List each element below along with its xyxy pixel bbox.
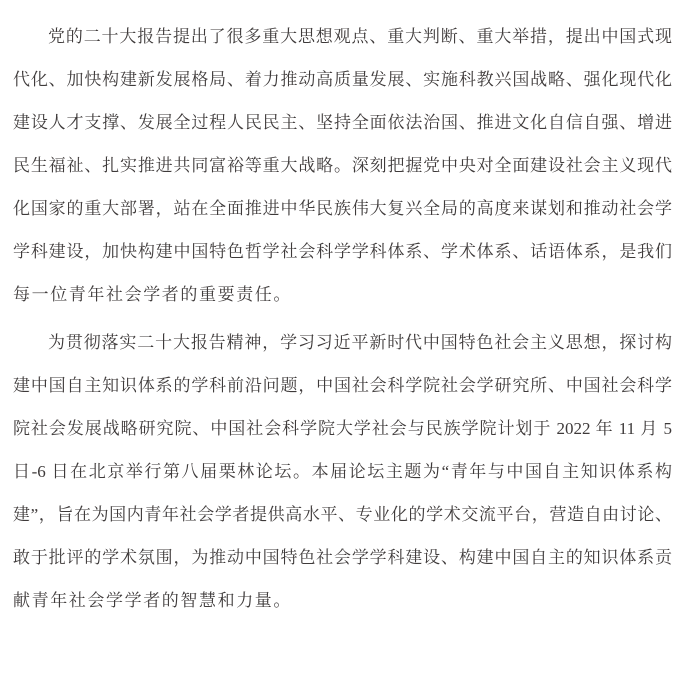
text-line: 日-6 日在北京举行第八届栗林论坛。本届论坛主题为“青年与中国自主知识体系构: [13, 450, 672, 493]
document-page: 党的二十大报告提出了很多重大思想观点、重大判断、重大举措，提出中国式现代化、加快…: [0, 0, 685, 687]
text-line: 建”，旨在为国内青年社会学者提供高水平、专业化的学术交流平台，营造自由讨论、: [13, 493, 672, 536]
text-line: 院社会发展战略研究院、中国社会科学院大学社会与民族学院计划于 2022 年 11…: [13, 407, 672, 450]
text-line: 建设人才支撑、发展全过程人民民主、坚持全面依法治国、推进文化自信自强、增进: [13, 101, 672, 144]
text-line: 建中国自主知识体系的学科前沿问题，中国社会科学院社会学研究所、中国社会科学: [13, 364, 672, 407]
document-body: 党的二十大报告提出了很多重大思想观点、重大判断、重大举措，提出中国式现代化、加快…: [13, 15, 672, 622]
text-line: 党的二十大报告提出了很多重大思想观点、重大判断、重大举措，提出中国式现: [13, 15, 672, 58]
text-line: 代化、加快构建新发展格局、着力推动高质量发展、实施科教兴国战略、强化现代化: [13, 58, 672, 101]
text-line: 学科建设，加快构建中国特色哲学社会科学学科体系、学术体系、话语体系，是我们: [13, 230, 672, 273]
text-line: 化国家的重大部署，站在全面推进中华民族伟大复兴全局的高度来谋划和推动社会学: [13, 187, 672, 230]
text-line: 民生福祉、扎实推进共同富裕等重大战略。深刻把握党中央对全面建设社会主义现代: [13, 144, 672, 187]
text-line: 敢于批评的学术氛围，为推动中国特色社会学学科建设、构建中国自主的知识体系贡: [13, 536, 672, 579]
paragraph: 党的二十大报告提出了很多重大思想观点、重大判断、重大举措，提出中国式现代化、加快…: [13, 15, 672, 316]
text-line: 为贯彻落实二十大报告精神，学习习近平新时代中国特色社会主义思想，探讨构: [13, 321, 672, 364]
text-line: 每一位青年社会学者的重要责任。: [13, 273, 672, 316]
text-line: 献青年社会学学者的智慧和力量。: [13, 579, 672, 622]
paragraph: 为贯彻落实二十大报告精神，学习习近平新时代中国特色社会主义思想，探讨构建中国自主…: [13, 321, 672, 622]
